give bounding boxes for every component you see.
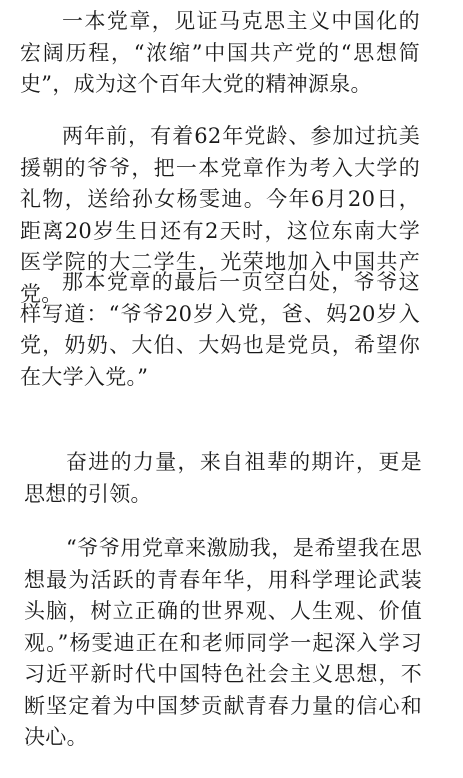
paragraph-motivation: 奋进的力量，来自祖辈的期许，更是思想的引领。 [24, 447, 422, 510]
paragraph-student-quote: “爷爷用党章来激励我，是希望我在思想最为活跃的青春年华，用科学理论武装头脑，树立… [24, 533, 422, 754]
paragraph-grandfather-inscription: 那本党章的最后一页空白处，爷爷这样写道：“爷爷20岁入党，爸、妈20岁入党，奶奶… [20, 267, 420, 393]
paragraph-party-constitution-intro: 一本党章，见证马克思主义中国化的宏阔历程，“浓缩”中国共产党的“思想简史”，成为… [20, 6, 420, 101]
